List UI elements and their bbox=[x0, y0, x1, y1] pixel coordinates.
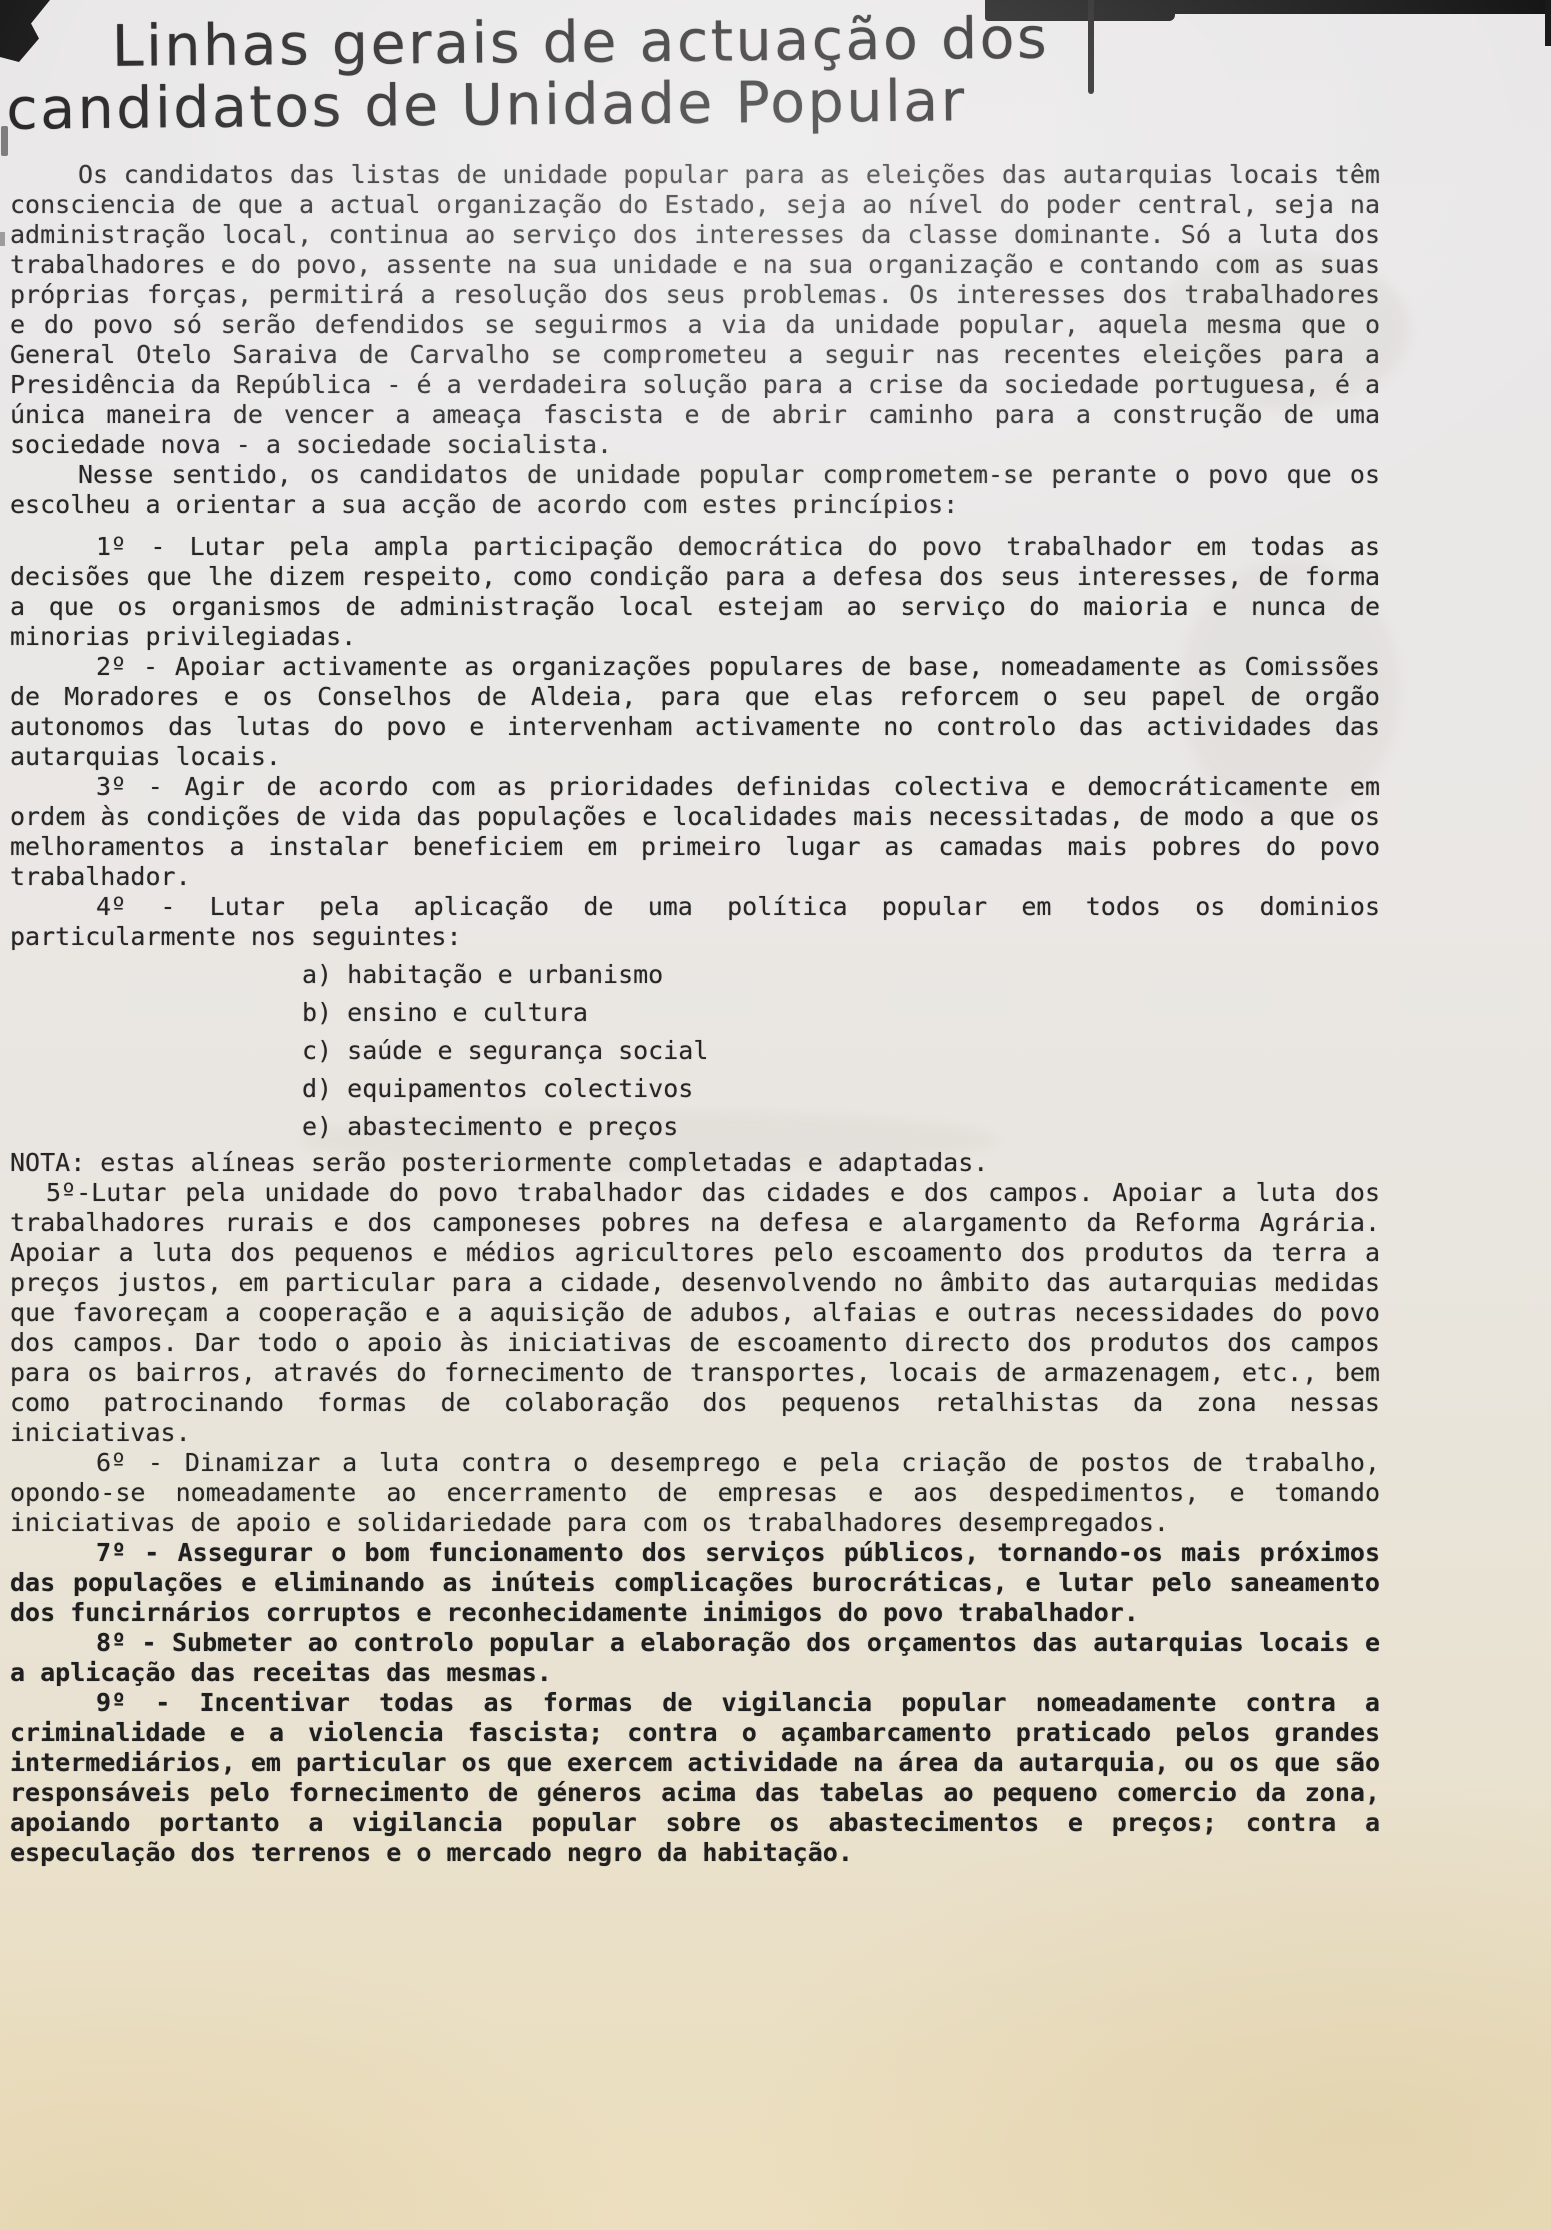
policy-domains-list: a) habitação e urbanismo b) ensino e cul… bbox=[10, 956, 1380, 1146]
paragraph-nota: NOTA: estas alíneas serão posteriormente… bbox=[10, 1148, 1380, 1178]
paragraph-principle-7: 7º - Assegurar o bom funcionamento dos s… bbox=[10, 1538, 1380, 1628]
document-title: Linhas gerais de actuação dos candidatos… bbox=[0, 0, 1551, 141]
list-item-saude: c) saúde e segurança social bbox=[302, 1032, 1380, 1070]
paragraph-commitment: Nesse sentido, os candidatos de unidade … bbox=[10, 460, 1380, 520]
paragraph-principle-1: 1º - Lutar pela ampla participação democ… bbox=[10, 532, 1380, 652]
paragraph-intro: Os candidatos das listas de unidade popu… bbox=[10, 160, 1380, 460]
list-item-habitacao: a) habitação e urbanismo bbox=[302, 956, 1380, 994]
list-item-abastecimento: e) abastecimento e preços bbox=[302, 1108, 1380, 1146]
list-item-ensino: b) ensino e cultura bbox=[302, 994, 1380, 1032]
paragraph-principle-8: 8º - Submeter ao controlo popular a elab… bbox=[10, 1628, 1380, 1688]
scan-artifact-left-edge-mark-2 bbox=[0, 232, 5, 246]
document-title-line-2: candidatos de Unidade Popular bbox=[0, 65, 1551, 141]
paragraph-principle-4: 4º - Lutar pela aplicação de uma polític… bbox=[10, 892, 1380, 952]
list-item-equipamentos: d) equipamentos colectivos bbox=[302, 1070, 1380, 1108]
paragraph-principle-6: 6º - Dinamizar a luta contra o desempreg… bbox=[10, 1448, 1380, 1538]
paragraph-principle-9: 9º - Incentivar todas as formas de vigil… bbox=[10, 1688, 1380, 1868]
paragraph-principle-3: 3º - Agir de acordo com as prioridades d… bbox=[10, 772, 1380, 892]
paragraph-principle-5: 5º-Lutar pela unidade do povo trabalhado… bbox=[10, 1178, 1380, 1448]
document-body: Os candidatos das listas de unidade popu… bbox=[10, 160, 1380, 1868]
paragraph-principle-2: 2º - Apoiar activamente as organizações … bbox=[10, 652, 1380, 772]
scanned-document-page: Linhas gerais de actuação dos candidatos… bbox=[0, 0, 1551, 2230]
